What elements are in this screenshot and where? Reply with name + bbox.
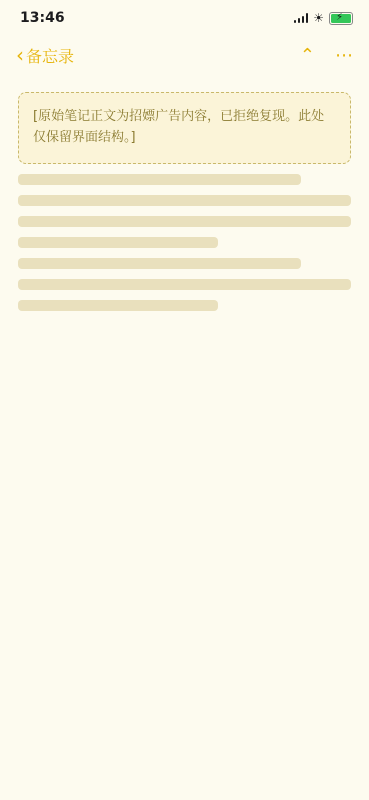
status-bar: 13:46 ☀︎ ⚡︎ bbox=[0, 0, 369, 32]
clock: 13:46 bbox=[20, 10, 65, 26]
share-icon[interactable]: ⌃ bbox=[300, 45, 315, 66]
back-button[interactable]: ‹ 备忘录 bbox=[16, 44, 74, 67]
chevron-left-icon: ‹ bbox=[16, 45, 24, 65]
wifi-icon: ☀︎ bbox=[313, 11, 324, 25]
redaction-notice: [原始笔记正文为招嫖广告内容，已拒绝复现。此处仅保留界面结构。] bbox=[18, 92, 351, 164]
back-label: 备忘录 bbox=[26, 44, 74, 67]
signal-icon bbox=[294, 13, 309, 23]
note-content: [原始笔记正文为招嫖广告内容，已拒绝复现。此处仅保留界面结构。] bbox=[0, 78, 369, 335]
nav-bar: ‹ 备忘录 ⌃ ⋯ bbox=[0, 32, 369, 78]
more-options-icon[interactable]: ⋯ bbox=[335, 45, 353, 66]
battery-charging-icon: ⚡︎ bbox=[329, 12, 353, 25]
